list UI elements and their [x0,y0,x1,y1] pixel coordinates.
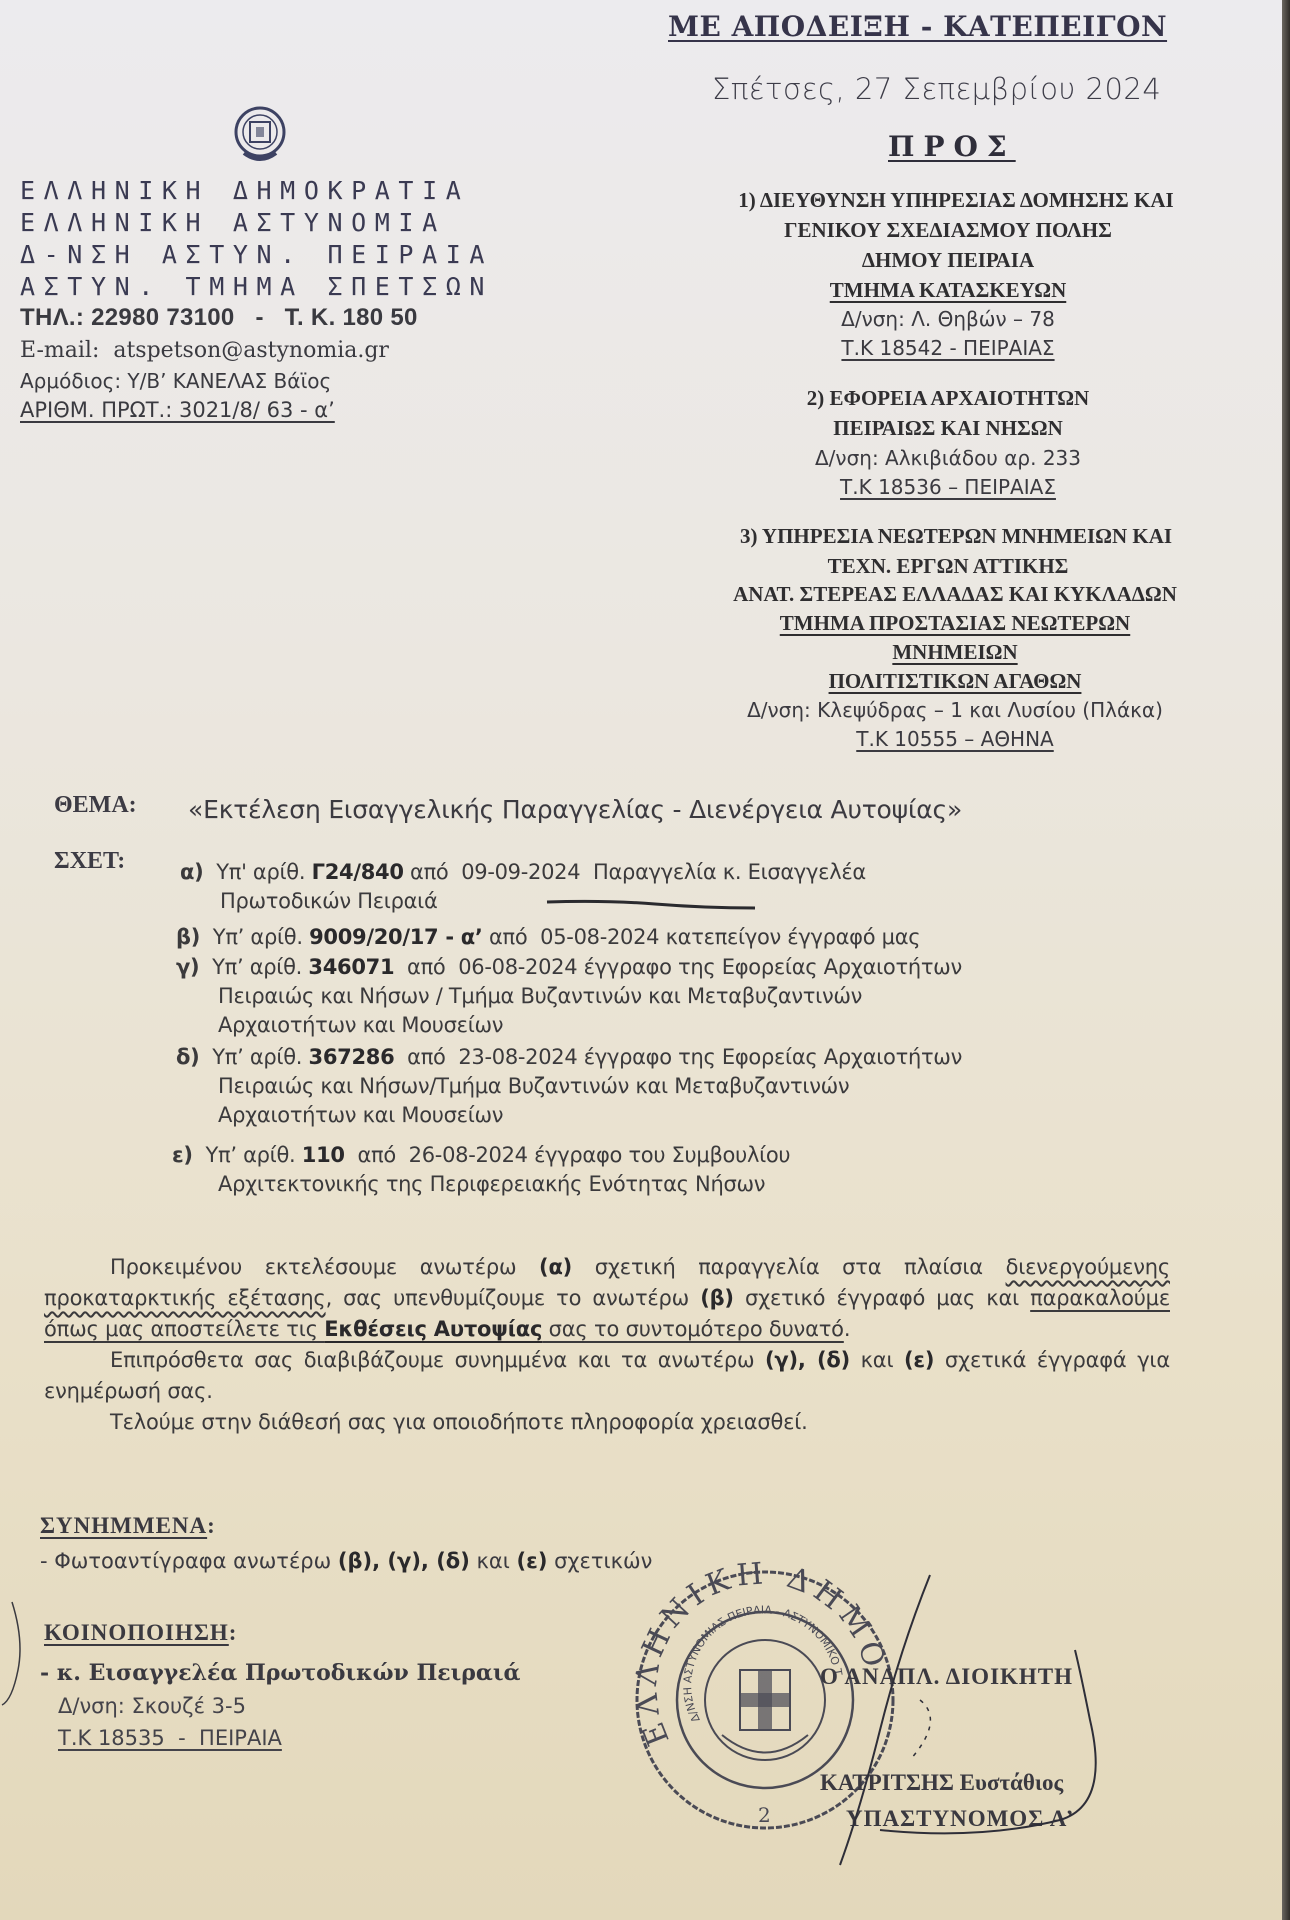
reference-letter: γ) [176,955,199,979]
sender-line-2: ΕΛΛΗΝΙΚΗ ΑΣΤΥΝΟΜΙΑ [20,208,446,237]
subject-label: ΘΕΜΑ: [54,792,137,819]
reference-letter: α) [180,860,203,884]
reference-prefix: Υπ’ αρίθ. [212,1045,302,1069]
to-label: ΠΡΟΣ [888,130,1016,163]
sender-line-3: Δ-ΝΣΗ ΑΣΤΥΝ. ΠΕΙΡΑΙΑ [20,240,493,269]
reference-number: 346071 [308,955,394,979]
reference-a-cont: Πρωτοδικών Πειραιά [220,889,438,913]
place-date: Σπέτσες, 27 Σεπεμβρίου 2024 [712,72,1161,106]
reference-desc: από 23-08-2024 έγγραφο της Εφορείας Αρχα… [401,1045,962,1069]
sender-email: E-mail: atspetson@astynomia.gr [20,338,389,363]
reference-desc: από 05-08-2024 κατεπείγον έγγραφό μας [489,925,920,949]
reference-d-cont: Αρχαιοτήτων και Μουσείων [218,1103,503,1127]
reference-desc: από 09-09-2024 Παραγγελία κ. Εισαγγελέα [410,860,866,884]
attachments-item: - Φωτοαντίγραφα ανωτέρω (β), (γ), (δ) κα… [40,1549,652,1573]
delivery-note: ΜΕ ΑΠΟΔΕΙΞΗ - ΚΑΤΕΠΕΙΓΟΝ [668,10,1167,43]
reference-e: ε) Υπ’ αρίθ. 110 από 26-08-2024 έγγραφο … [172,1143,790,1167]
reference-number: 9009/20/17 - α’ [309,925,482,949]
protocol-number: ΑΡΙΘΜ. ΠΡΩΤ.: 3021/8/ 63 - α’ [20,398,335,422]
recipient-3-postal: Τ.Κ 10555 – ΑΘΗΝΑ [856,727,1054,751]
paragraph-2: Επιπρόσθετα σας διαβιβάζουμε συνημμένα κ… [44,1345,1170,1407]
reference-d: δ) Υπ’ αρίθ. 367286 από 23-08-2024 έγγρα… [176,1045,962,1069]
reference-number: 367286 [309,1045,395,1069]
attachments-title: ΣΥΝΗΜΜΕΝΑ: [40,1513,216,1539]
reference-c: γ) Υπ’ αρίθ. 346071 από 06-08-2024 έγγρα… [176,955,962,979]
recipient-3-address: Δ/νση: Κλεψύδρας – 1 και Λυσίου (Πλάκα) [747,698,1163,722]
references-label: ΣΧΕΤ: [54,848,125,875]
reference-desc: από 26-08-2024 έγγραφο του Συμβουλίου [351,1143,790,1167]
recipient-2-postal: Τ.Κ 18536 – ΠΕΙΡΑΙΑΣ [840,475,1056,499]
paragraph-1: Προκειμένου εκτελέσουμε ανωτέρω (α) σχετ… [44,1252,1170,1345]
reference-desc: από 06-08-2024 έγγραφο της Εφορείας Αρχα… [401,955,962,979]
notification-address: Δ/νση: Σκουζέ 3-5 [58,1694,246,1718]
handwritten-signature [780,1570,1160,1870]
reference-d-cont: Πειραιώς και Νήσων/Τμήμα Βυζαντινών και … [218,1074,849,1098]
recipient-3-line: ΤΜΗΜΑ ΠΡΟΣΤΑΣΙΑΣ ΝΕΩΤΕΡΩΝ [780,611,1130,636]
recipient-1-line: ΓΕΝΙΚΟΥ ΣΧΕΔΙΑΣΜΟΥ ΠΟΛΗΣ [784,218,1112,243]
sender-phone: ΤΗΛ.: 22980 73100 - Τ. Κ. 180 50 [20,304,418,332]
svg-text:2: 2 [758,1803,771,1827]
recipient-3-line: ΠΟΛΙΤΙΣΤΙΚΩΝ ΑΓΑΘΩΝ [829,669,1082,694]
recipient-2-line: 2) ΕΦΟΡΕΙΑ ΑΡΧΑΙΟΤΗΤΩΝ [807,386,1089,411]
police-emblem-icon [232,105,288,167]
recipient-3-line: ΤΕΧΝ. ΕΡΓΩΝ ΑΤΤΙΚΗΣ [828,554,1069,579]
reference-c-cont: Πειραιώς και Νήσων / Τμήμα Βυζαντινών κα… [218,984,862,1008]
recipient-2-address: Δ/νση: Αλκιβιάδου αρ. 233 [815,446,1081,470]
recipient-1-line: ΤΜΗΜΑ ΚΑΤΑΣΚΕΥΩΝ [830,278,1067,303]
reference-number: Γ24/840 [312,860,404,884]
paragraph-3: Τελούμε στην διάθεσή σας για οποιοδήποτε… [44,1407,1170,1438]
subject-text: «Εκτέλεση Εισαγγελικής Παραγγελίας - Διε… [188,795,962,824]
reference-e-cont: Αρχιτεκτονικής της Περιφερειακής Ενότητα… [218,1172,765,1196]
notification-name: - κ. Εισαγγελέα Πρωτοδικών Πειραιά [40,1660,520,1686]
reference-prefix: Υπ’ αρίθ. [205,1143,295,1167]
recipient-3-line: ΜΝΗΜΕΙΩΝ [892,640,1017,665]
reference-b: β) Υπ’ αρίθ. 9009/20/17 - α’ από 05-08-2… [176,925,920,949]
reference-a: α) Υπ' αρίθ. Γ24/840 από 09-09-2024 Παρα… [180,860,866,884]
reference-letter: ε) [172,1143,193,1167]
sender-officer: Αρμόδιος: Υ/Β’ ΚΑΝΕΛΑΣ Βάϊος [20,369,331,393]
pen-underline [545,898,757,910]
notification-title: ΚΟΙΝΟΠΟΙΗΣΗ: [44,1620,237,1646]
recipient-1-line: ΔΗΜΟΥ ΠΕΙΡΑΙΑ [862,248,1034,273]
sender-line-4: ΑΣΤΥΝ. ΤΜΗΜΑ ΣΠΕΤΣΩΝ [20,272,493,301]
reference-prefix: Υπ’ αρίθ. [213,925,303,949]
reference-letter: β) [176,925,200,949]
reference-prefix: Υπ' αρίθ. [216,860,305,884]
reference-prefix: Υπ’ αρίθ. [212,955,302,979]
reference-letter: δ) [176,1045,199,1069]
recipient-3-line: ΑΝΑΤ. ΣΤΕΡΕΑΣ ΕΛΛΑΔΑΣ ΚΑΙ ΚΥΚΛΑΔΩΝ [733,582,1177,607]
recipient-1-postal: Τ.Κ 18542 - ΠΕΙΡΑΙΑΣ [841,336,1054,360]
reference-number: 110 [302,1143,345,1167]
recipient-1-line: 1) ΔΙΕΥΘΥΝΣΗ ΥΠΗΡΕΣΙΑΣ ΔΟΜΗΣΗΣ ΚΑΙ [738,188,1173,213]
recipient-2-line: ΠΕΙΡΑΙΩΣ ΚΑΙ ΝΗΣΩΝ [833,416,1063,441]
sender-line-1: ΕΛΛΗΝΙΚΗ ΔΗΜΟΚΡΑΤΙΑ [20,176,469,205]
recipient-3-line: 3) ΥΠΗΡΕΣΙΑ ΝΕΩΤΕΡΩΝ ΜΝΗΜΕΙΩΝ ΚΑΙ [740,524,1172,549]
recipient-1-address: Δ/νση: Λ. Θηβών – 78 [841,307,1055,331]
page-edge [1282,0,1290,1920]
notification-postal: Τ.Κ 18535 - ΠΕΙΡΑΙΑ [58,1726,282,1750]
margin-pen-mark [0,1600,30,1710]
body-paragraphs: Προκειμένου εκτελέσουμε ανωτέρω (α) σχετ… [44,1252,1170,1438]
reference-c-cont: Αρχαιοτήτων και Μουσείων [218,1013,503,1037]
sender-line-2-text: ΕΛΛΗΝΙΚΗ ΑΣΤΥΝΟΜΙΑ [20,208,446,237]
